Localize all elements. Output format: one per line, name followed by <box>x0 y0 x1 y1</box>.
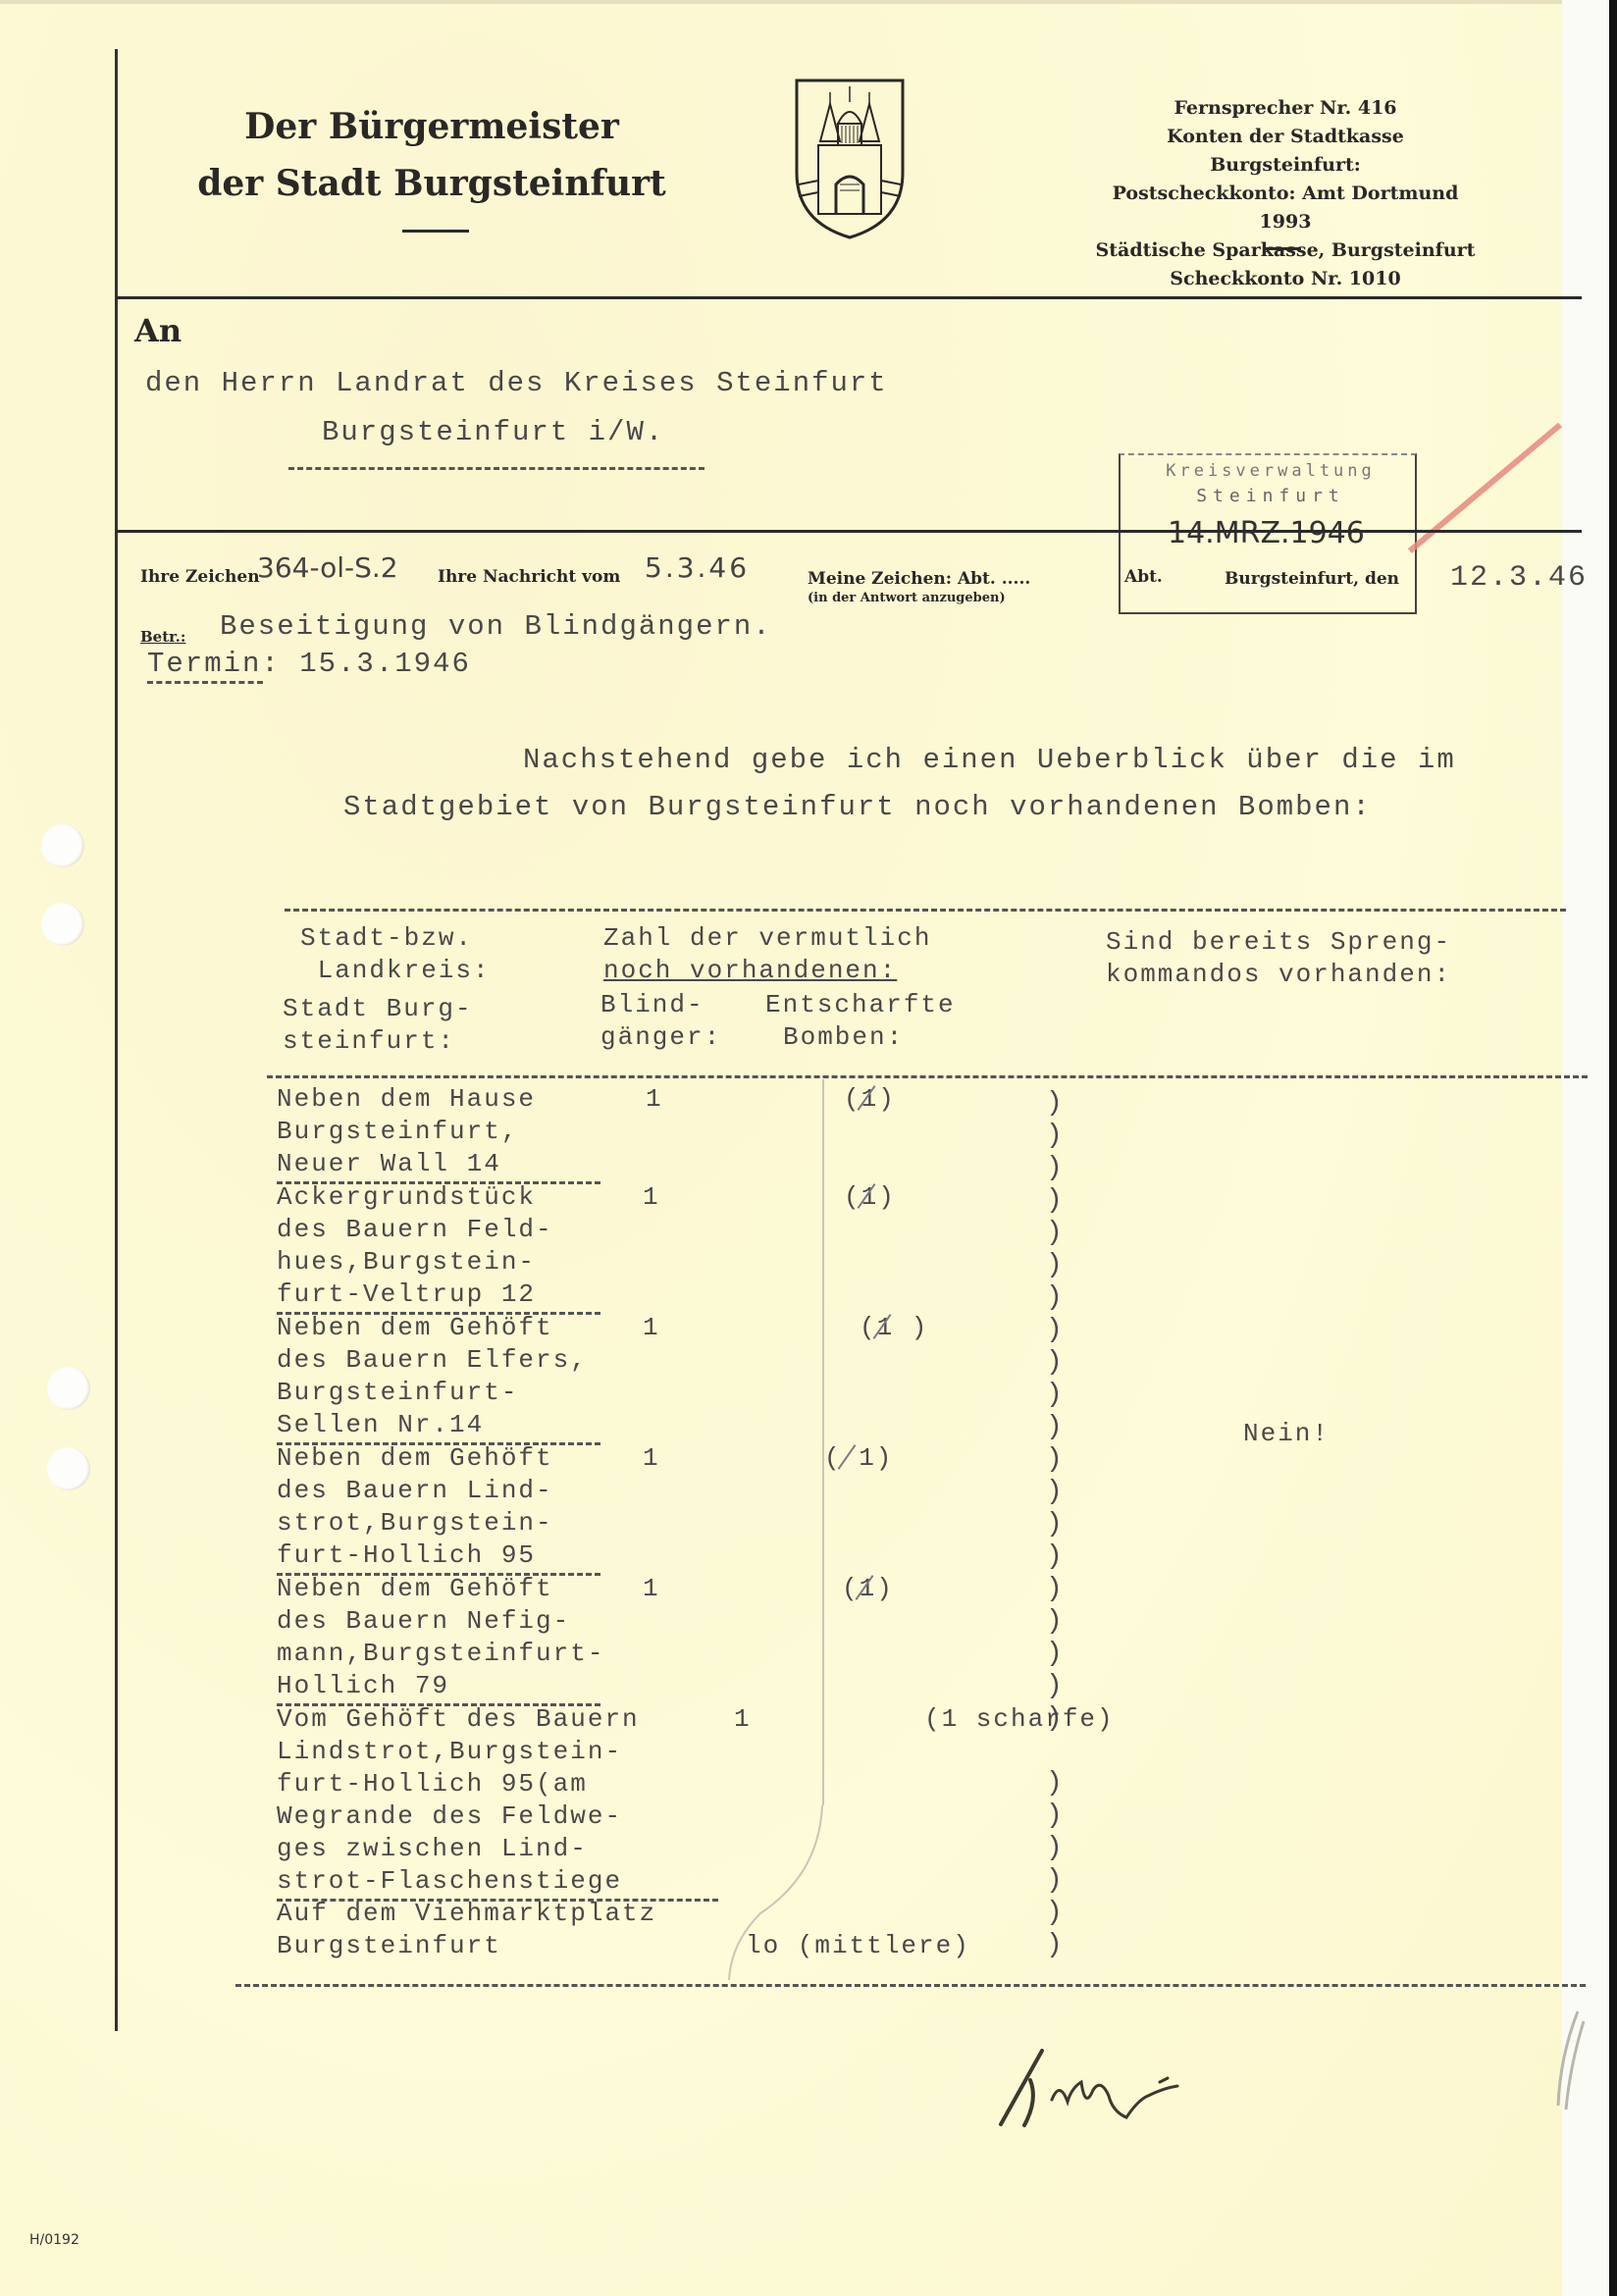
punch-hole <box>41 903 84 946</box>
location-line: Sellen Nr.14 <box>277 1409 588 1441</box>
brace-mark: ) <box>1046 1800 1066 1832</box>
contact-scheckkonto: Scheckkonto Nr. 1010 <box>1089 265 1482 293</box>
brace-mark: ) <box>1046 1249 1066 1281</box>
defused-count: (1) <box>844 1181 896 1214</box>
page-top-edge <box>0 0 1562 4</box>
title-underline <box>402 230 469 233</box>
location-line: Hollich 79 <box>277 1670 604 1702</box>
location-line: Neben dem Gehöft <box>277 1573 604 1605</box>
col2b-sub-line: Bomben: <box>765 1021 956 1054</box>
contact-accounts: Konten der Stadtkasse Burgsteinfurt: <box>1089 123 1482 180</box>
brace-mark: ) <box>1046 1152 1066 1184</box>
blindganger-count: 1 <box>643 1181 660 1214</box>
col3-header: Sind bereits Spreng-kommandos vorhanden: <box>1106 926 1451 991</box>
location-line: furt-Hollich 95(am <box>277 1768 640 1800</box>
table-row-location: Neben dem HauseBurgsteinfurt,Neuer Wall … <box>277 1083 536 1180</box>
location-line: mann,Burgsteinfurt- <box>277 1638 604 1670</box>
brace-mark: ) <box>1046 1476 1066 1508</box>
col1-subheader: Stadt Burg-steinfurt: <box>283 993 473 1058</box>
col1-sub-line: Stadt Burg- <box>283 993 473 1025</box>
location-line: furt-Hollich 95 <box>277 1539 553 1572</box>
recipient-underline <box>288 467 704 470</box>
location-line: strot,Burgstein- <box>277 1507 553 1539</box>
location-line: des Bauern Elfers, <box>277 1344 588 1377</box>
table-bottom-rule <box>235 1984 1586 1987</box>
letterhead-contact: Fernsprecher Nr. 416 Konten der Stadtkas… <box>1089 94 1482 293</box>
brace-mark: ) <box>1046 1087 1066 1120</box>
sprengkommando-value: Nein! <box>1243 1418 1330 1450</box>
stamp-place: Steinfurt <box>1138 486 1403 506</box>
ihre-zeichen-value: 364-ol-S.2 <box>257 551 398 584</box>
place-label: Burgsteinfurt, den <box>1225 569 1399 589</box>
location-line: Ackergrundstück <box>277 1181 553 1214</box>
scan-border <box>1609 0 1617 2296</box>
margin-line <box>115 49 118 2031</box>
brace-mark: ) <box>1046 1767 1066 1800</box>
location-line: des Bauern Lind- <box>277 1475 553 1507</box>
brace-mark: ) <box>1046 1411 1066 1443</box>
contact-underline <box>1266 247 1301 250</box>
brace-mark: ) <box>1046 1670 1066 1702</box>
pencil-curve <box>721 1805 829 1982</box>
brace-mark: ) <box>1046 1508 1066 1540</box>
location-line: strot-Flaschenstiege <box>277 1865 640 1898</box>
betr-label: Betr.: <box>140 628 185 646</box>
title-line-1: Der Bürgermeister <box>186 98 677 155</box>
pencil-mark-margin <box>1550 2008 1590 2115</box>
coat-of-arms-icon <box>791 75 909 241</box>
ihre-nachricht-label: Ihre Nachricht vom <box>438 567 620 587</box>
col1-header-line: Stadt-bzw. <box>300 922 491 955</box>
defused-count: (1 ) <box>860 1312 928 1344</box>
stamp-abt-label: Abt. <box>1124 567 1163 587</box>
col2-header: Zahl der vermutlichnoch vorhandenen: <box>603 922 931 987</box>
brace-mark: ) <box>1046 1184 1066 1217</box>
brace-mark: ) <box>1046 1443 1066 1476</box>
pencil-divider <box>822 1079 824 1805</box>
blindganger-count: 1 <box>643 1442 660 1475</box>
subject-text: Beseitigung von Blindgängern. <box>220 610 772 643</box>
blindganger-count: 1 <box>643 1573 660 1605</box>
location-line: Burgsteinfurt- <box>277 1377 588 1409</box>
table-row-location: Neben dem Gehöftdes Bauern Nefig-mann,Bu… <box>277 1573 604 1702</box>
blindganger-count: 1 <box>646 1083 663 1116</box>
brace-mark: ) <box>1046 1832 1066 1864</box>
brace-mark: ) <box>1046 1346 1066 1379</box>
location-line: Neben dem Hause <box>277 1083 536 1116</box>
title-line-2: der Stadt Burgsteinfurt <box>186 155 677 212</box>
location-line: Burgsteinfurt <box>277 1930 656 1962</box>
reference-rule <box>116 530 1582 533</box>
location-line: Neben dem Gehöft <box>277 1312 588 1344</box>
brace-mark: ) <box>1046 1702 1066 1735</box>
ihre-nachricht-value: 5.3.46 <box>645 551 750 584</box>
punch-hole <box>47 1367 90 1410</box>
col2b-sub-line: Entscharfte <box>765 989 956 1021</box>
brace-mark: ) <box>1046 1638 1066 1670</box>
brace-mark: ) <box>1046 1540 1066 1573</box>
table-row-location: Neben dem Gehöftdes Bauern Lind-strot,Bu… <box>277 1442 553 1572</box>
blindganger-count: 1 <box>734 1703 752 1736</box>
col2a-sub-line: gänger: <box>600 1021 721 1054</box>
col2-header-line: Zahl der vermutlich <box>603 922 931 955</box>
brace-mark: ) <box>1046 1281 1066 1314</box>
ihre-zeichen-label: Ihre Zeichen <box>140 567 260 587</box>
defused-count: (1) <box>844 1083 896 1116</box>
recipient-line-1: den Herrn Landrat des Kreises Steinfurt <box>145 367 888 399</box>
brace-mark: ) <box>1046 1217 1066 1249</box>
col2b-subheader: EntscharfteBomben: <box>765 989 956 1054</box>
col1-header: Stadt-bzw. Landkreis: <box>300 922 491 987</box>
location-line: des Bauern Feld- <box>277 1214 553 1246</box>
col3-header-line: kommandos vorhanden: <box>1106 959 1451 991</box>
meine-zeichen-label: Meine Zeichen: Abt. ..... <box>808 569 1030 589</box>
letterhead-title: Der Bürgermeister der Stadt Burgsteinfur… <box>186 98 677 212</box>
intro-line-2: Stadtgebiet von Burgsteinfurt noch vorha… <box>343 791 1372 823</box>
scan-margin <box>1562 0 1609 2296</box>
recipient-label: An <box>134 312 182 349</box>
intro-line-1: Nachstehend gebe ich einen Ueberblick üb… <box>523 744 1456 776</box>
stamp-authority: Kreisverwaltung <box>1138 461 1403 481</box>
brace-mark: ) <box>1046 1929 1066 1961</box>
location-line: furt-Veltrup 12 <box>277 1278 553 1311</box>
signature <box>991 2031 1207 2139</box>
location-line: Burgsteinfurt, <box>277 1116 536 1148</box>
location-line: des Bauern Nefig- <box>277 1605 604 1638</box>
recipient-line-2: Burgsteinfurt i/W. <box>322 416 664 448</box>
contact-sparkasse: Städtische Sparkasse, Burgsteinfurt <box>1089 236 1482 265</box>
defused-count: (1) <box>842 1573 894 1605</box>
location-line: Vom Gehöft des Bauern <box>277 1703 640 1736</box>
deadline-text: Termin: 15.3.1946 <box>147 648 471 680</box>
location-line: Wegrande des Feldwe- <box>277 1800 640 1833</box>
location-line: Neben dem Gehöft <box>277 1442 553 1475</box>
brace-mark: ) <box>1046 1573 1066 1605</box>
table-row-location: Neben dem Gehöftdes Bauern Elfers,Burgst… <box>277 1312 588 1441</box>
brace-mark: ) <box>1046 1864 1066 1897</box>
table-row-location: Ackergrundstückdes Bauern Feld-hues,Burg… <box>277 1181 553 1311</box>
brace-mark: ) <box>1046 1605 1066 1638</box>
col2-header-line: noch vorhandenen: <box>603 955 931 987</box>
location-line: ges zwischen Lind- <box>277 1833 640 1865</box>
letter-date: 12.3.46 <box>1450 561 1588 595</box>
contact-phone: Fernsprecher Nr. 416 <box>1089 94 1482 123</box>
col2a-subheader: Blind-gänger: <box>600 989 721 1054</box>
defused-count: ( 1) <box>824 1442 893 1475</box>
table-row-location: Vom Gehöft des BauernLindstrot,Burgstein… <box>277 1703 640 1898</box>
location-line: Lindstrot,Burgstein- <box>277 1736 640 1768</box>
table-top-rule <box>285 909 1566 912</box>
meine-zeichen-note: (in der Antwort anzugeben) <box>808 591 1006 605</box>
blindganger-count: 1 <box>643 1312 660 1344</box>
table-row-location: Auf dem ViehmarktplatzBurgsteinfurt <box>277 1898 656 1962</box>
brace-mark: ) <box>1046 1897 1066 1929</box>
contact-postscheck: Postscheckkonto: Amt Dortmund 1993 <box>1089 180 1482 236</box>
col1-header-line: Landkreis: <box>300 955 491 987</box>
termin-underline <box>147 681 263 684</box>
brace-mark: ) <box>1046 1120 1066 1152</box>
form-code: H/0192 <box>29 2232 79 2248</box>
location-line: Neuer Wall 14 <box>277 1148 536 1180</box>
defused-count: (1 scharfe) <box>924 1703 1115 1736</box>
header-rule <box>116 296 1582 299</box>
col1-sub-line: steinfurt: <box>283 1025 473 1058</box>
brace-mark: ) <box>1046 1314 1066 1346</box>
brace-mark: ) <box>1046 1379 1066 1411</box>
col2a-sub-line: Blind- <box>600 989 721 1021</box>
table-header-rule <box>267 1075 1588 1078</box>
punch-hole <box>47 1447 90 1490</box>
col3-header-line: Sind bereits Spreng- <box>1106 926 1451 959</box>
punch-hole <box>41 824 84 867</box>
location-line: Auf dem Viehmarktplatz <box>277 1898 656 1930</box>
stamp-date: 14.MRZ.1946 <box>1168 516 1365 550</box>
location-line: hues,Burgstein- <box>277 1246 553 1278</box>
